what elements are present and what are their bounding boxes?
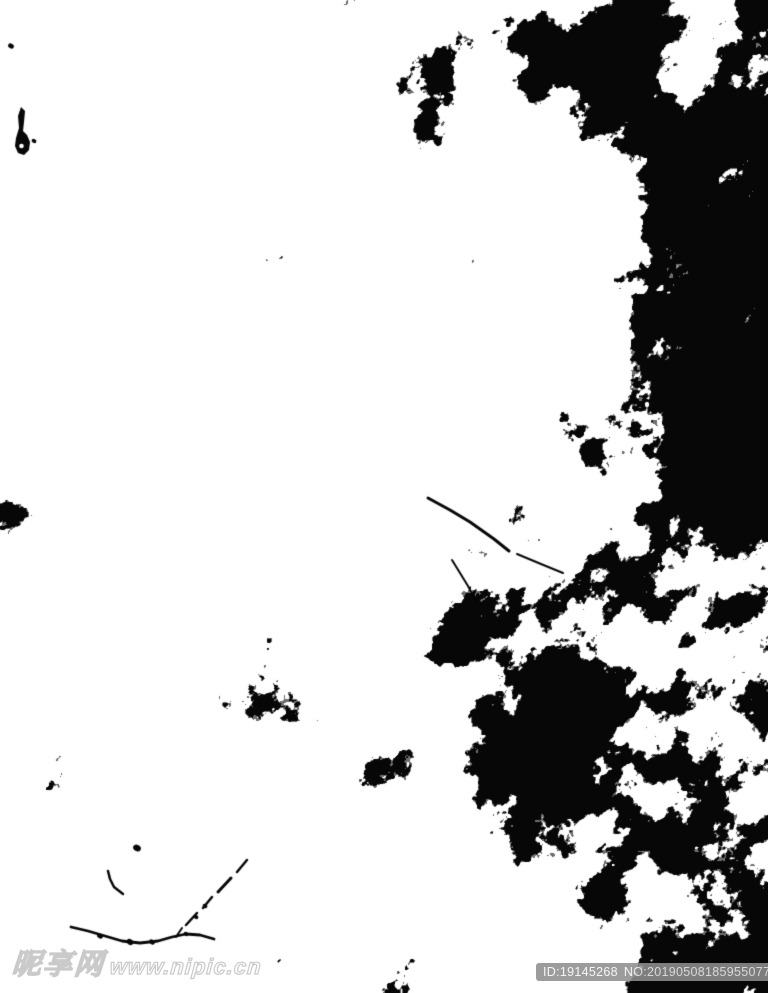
grunge-texture-canvas <box>0 0 768 993</box>
image-id-number: ID:19145268 <box>543 965 618 979</box>
image-id-badge: ID:19145268 NO:20190508185955077000 <box>536 963 768 981</box>
image-serial-number: NO:20190508185955077000 <box>624 965 768 979</box>
grunge-texture-image: 昵享网 www.nipic.cn ID:19145268 NO:20190508… <box>0 0 768 993</box>
